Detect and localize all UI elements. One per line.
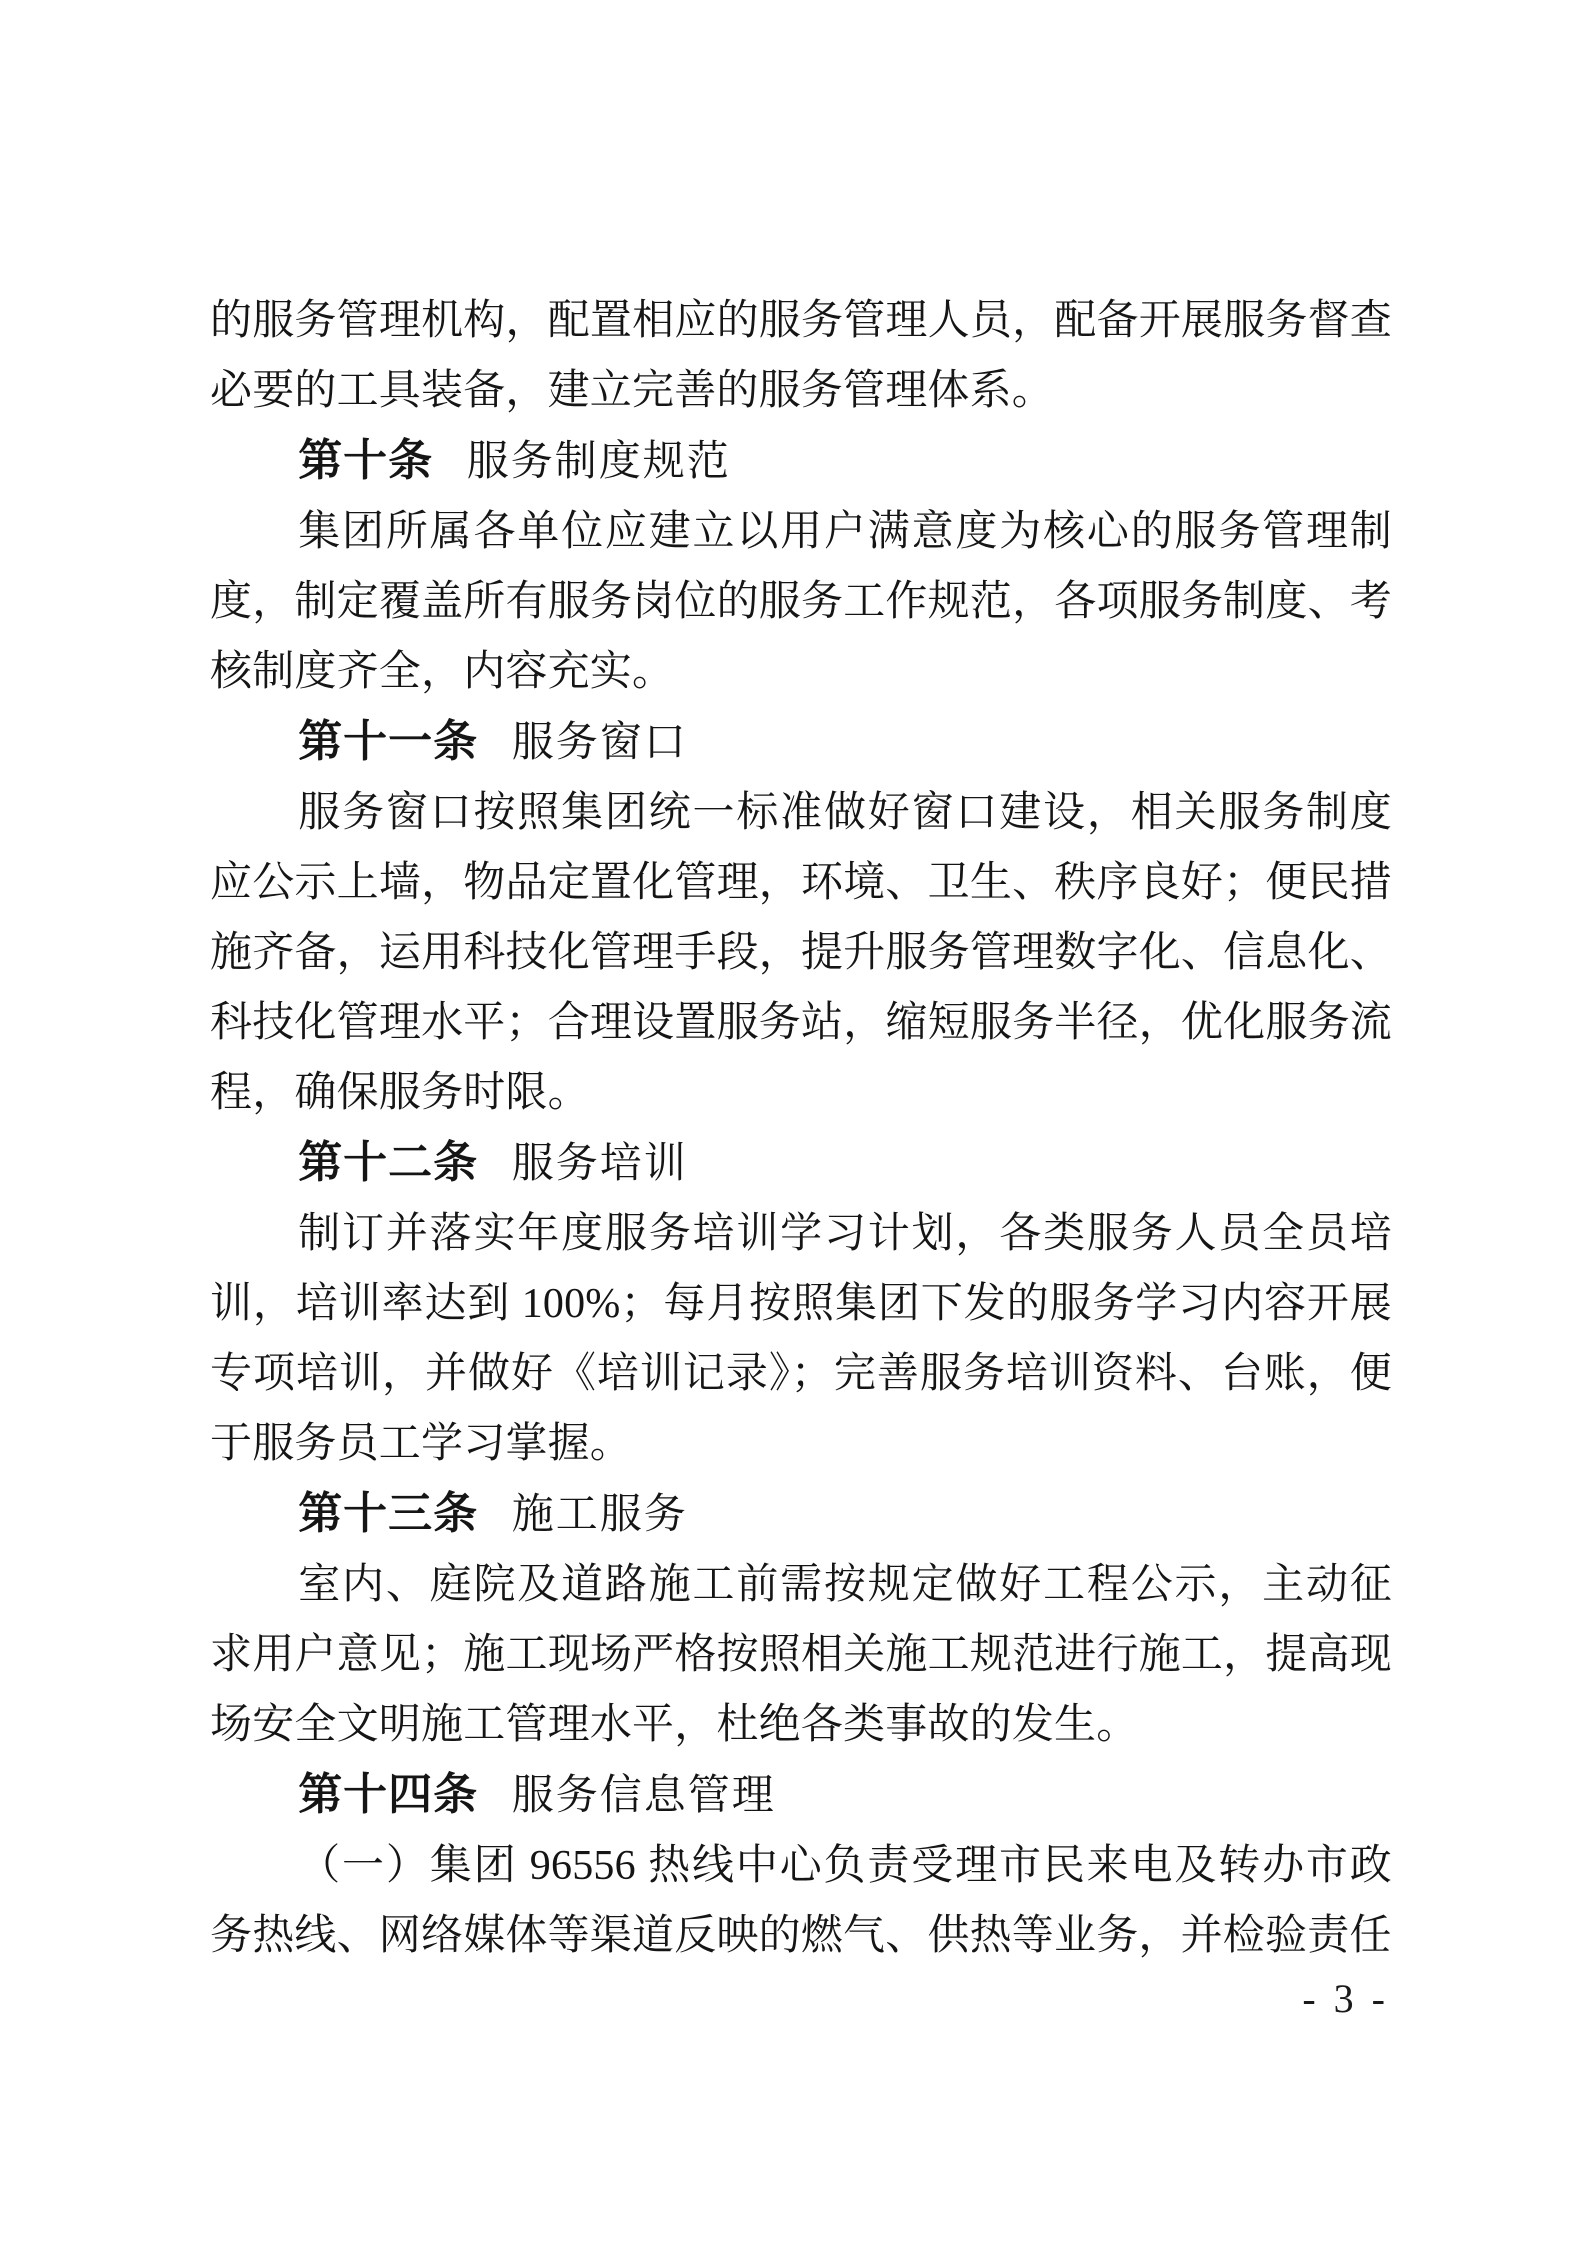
article-heading: 第十一条服务窗口 xyxy=(210,707,1392,778)
paragraph: 集团所属各单位应建立以用户满意度为核心的服务管理制度，制定覆盖所有服务岗位的服务… xyxy=(210,497,1392,707)
article-heading: 第十三条施工服务 xyxy=(210,1479,1392,1550)
paragraph: 服务窗口按照集团统一标准做好窗口建设，相关服务制度应公示上墙，物品定置化管理，环… xyxy=(210,778,1392,1128)
article-number: 第十一条 xyxy=(298,716,478,767)
article-number: 第十条 xyxy=(298,435,433,486)
document-text-block: 的服务管理机构，配置相应的服务管理人员，配备开展服务督查必要的工具装备，建立完善… xyxy=(210,286,1392,1971)
article-title: 服务培训 xyxy=(512,1141,688,1187)
article-heading: 第十二条服务培训 xyxy=(210,1128,1392,1199)
document-page: 的服务管理机构，配置相应的服务管理人员，配备开展服务督查必要的工具装备，建立完善… xyxy=(0,0,1587,2245)
article-heading: 第十四条服务信息管理 xyxy=(210,1760,1392,1831)
article-heading: 第十条服务制度规范 xyxy=(210,426,1392,497)
page-number: - 3 - xyxy=(1302,1975,1389,2022)
paragraph: （一）集团 96556 热线中心负责受理市民来电及转办市政务热线、网络媒体等渠道… xyxy=(210,1831,1392,1971)
article-title: 服务制度规范 xyxy=(467,439,731,485)
paragraph: 的服务管理机构，配置相应的服务管理人员，配备开展服务督查必要的工具装备，建立完善… xyxy=(210,286,1392,426)
paragraph: 制订并落实年度服务培训学习计划，各类服务人员全员培训，培训率达到 100%；每月… xyxy=(210,1199,1392,1479)
article-number: 第十三条 xyxy=(298,1488,478,1539)
article-title: 服务窗口 xyxy=(512,720,688,766)
article-title: 施工服务 xyxy=(512,1492,688,1538)
article-number: 第十二条 xyxy=(298,1137,478,1188)
paragraph: 室内、庭院及道路施工前需按规定做好工程公示，主动征求用户意见；施工现场严格按照相… xyxy=(210,1550,1392,1760)
article-title: 服务信息管理 xyxy=(512,1773,776,1819)
article-number: 第十四条 xyxy=(298,1769,478,1820)
